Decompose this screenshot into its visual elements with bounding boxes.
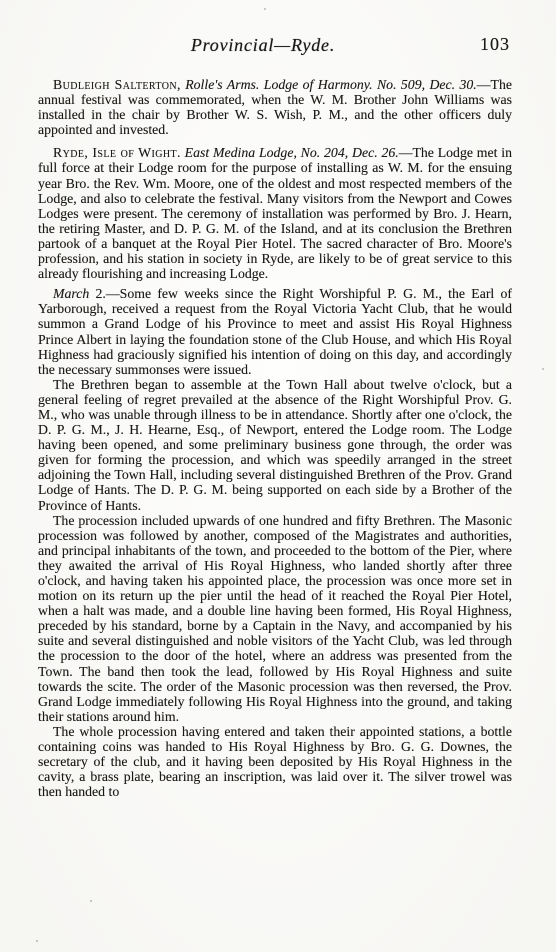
scan-speck (90, 900, 92, 902)
paragraph-brethren-assemble: The Brethren began to assemble at the To… (38, 377, 512, 513)
paragraph-procession: The procession included upwards of one h… (38, 513, 512, 724)
lodge-heading-italic: East Medina Lodge, No. 204, Dec. 26. (181, 145, 399, 160)
date-lead-italic: March (53, 286, 89, 301)
paragraph-ryde-isle-of-wight: Ryde, Isle of Wight. East Medina Lodge, … (38, 145, 512, 281)
scan-speck (36, 940, 38, 942)
lodge-heading-smallcaps: Budleigh Salterton, (53, 77, 181, 92)
paragraph-text: The Brethren began to assemble at the To… (38, 377, 512, 513)
paragraph-foundation-stone: The whole procession having entered and … (38, 724, 512, 799)
scanned-document-page: Provincial—Ryde. 103 Budleigh Salterton,… (0, 0, 556, 952)
lodge-heading-smallcaps: Ryde, Isle of Wight. (53, 145, 181, 160)
article-body: Budleigh Salterton, Rolle's Arms. Lodge … (38, 77, 512, 799)
paragraph-march-2: March 2.—Some few weeks since the Right … (38, 286, 512, 377)
paragraph-text: The procession included upwards of one h… (38, 513, 512, 724)
paragraph-text: 2.—Some few weeks since the Right Worshi… (38, 286, 512, 376)
paragraph-text: —The Lodge met in full force at their Lo… (38, 145, 512, 281)
paragraph-budleigh-salterton: Budleigh Salterton, Rolle's Arms. Lodge … (38, 77, 512, 137)
lodge-heading-italic: Rolle's Arms. Lodge of Harmony. No. 509,… (181, 77, 477, 92)
scan-speck (542, 368, 544, 370)
page-number: 103 (480, 34, 510, 55)
paragraph-text: The whole procession having entered and … (38, 724, 512, 799)
running-title: Provincial—Ryde. (0, 35, 526, 56)
scan-speck (264, 8, 266, 10)
